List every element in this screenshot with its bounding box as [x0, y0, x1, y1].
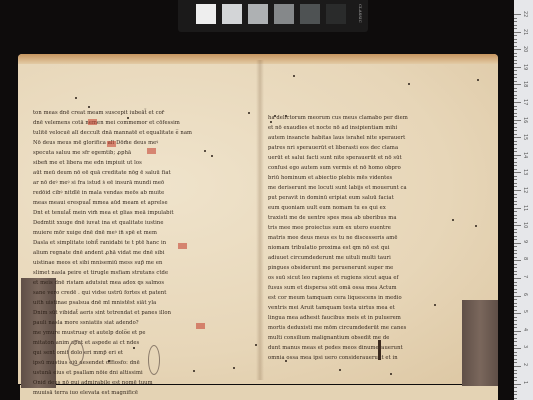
wormhole-speck [434, 304, 436, 306]
ruler-tick [514, 67, 521, 68]
ruler-minor-tick [514, 113, 517, 114]
manuscript-line: Nō deus meus mē glorifica alī Dōm̄e deus… [33, 138, 213, 148]
manuscript-line: tulitē velocuē alī deccult dnā mannatē e… [33, 128, 213, 138]
ruler-minor-tick [514, 134, 517, 135]
ruler-minor-tick [514, 387, 517, 388]
manuscript-line: meas meaui erespual̄ mmea aūd meam et ap… [33, 198, 213, 208]
ruler-minor-tick [514, 176, 517, 177]
ruler-minor-tick [514, 320, 517, 321]
ruler-tick [514, 172, 521, 173]
manuscript-line: eum quoniam uult eum nomam tu es qui ex [268, 203, 473, 213]
ruler-minor-tick [514, 239, 517, 240]
ruler-minor-tick [514, 218, 517, 219]
manuscript-line: Dnim sūt vibidat̄ aeris sint tetrendat e… [33, 308, 213, 318]
wormhole-speck [293, 75, 295, 77]
ruler-minor-tick [514, 60, 517, 61]
ruler-label: 18 [522, 81, 528, 87]
ruler-minor-tick [514, 197, 517, 198]
manuscript-line: multi consilium malignantium obsedit me … [268, 333, 473, 343]
ruler-minor-tick [514, 169, 517, 170]
manuscript-line: pauli nasla more ssniatiis siat adendo? [33, 318, 213, 328]
rubric-mark [88, 119, 97, 125]
ruler-label: 15 [522, 134, 528, 140]
ruler-minor-tick [514, 250, 517, 251]
manuscript-line: ustunā eius et psallam nōie dni altissim… [33, 368, 213, 378]
ruler-minor-tick [514, 194, 517, 195]
ruler-minor-tick [514, 148, 517, 149]
ruler-label: 22 [522, 11, 528, 17]
ruler-minor-tick [514, 341, 517, 342]
manuscript-line: et meis dnē ristam adutsiut mea adox qs … [33, 278, 213, 288]
ruler-minor-tick [514, 151, 517, 152]
ruler-minor-tick [514, 292, 517, 293]
manuscript-line: confusi ego autem sum vermis et nō homo … [268, 163, 473, 173]
ruler-minor-tick [514, 186, 517, 187]
ink-stroke [378, 340, 381, 360]
manuscript-line: uith uistinae psalsua dnē mī mnistēst si… [33, 298, 213, 308]
ruler-minor-tick [514, 345, 517, 346]
ruler-minor-tick [514, 398, 517, 399]
ruler-minor-tick [514, 141, 517, 142]
swatch-2 [222, 4, 242, 24]
wormhole-speck [108, 360, 110, 362]
ruler-label: 2 [522, 363, 528, 366]
swatch-1 [196, 4, 216, 24]
ruler-minor-tick [514, 204, 517, 205]
ruler-minor-tick [514, 236, 517, 237]
ruler-minor-tick [514, 380, 517, 381]
ruler-minor-tick [514, 56, 517, 57]
ruler-label: 19 [522, 64, 528, 70]
manuscript-line: alium regnate dnē andent ꝓhā vidat me dn… [33, 248, 213, 258]
ruler-minor-tick [514, 310, 517, 311]
ruler-minor-tick [514, 271, 517, 272]
manuscript-line: omnia ossa mea ipsi uero considerauerunt… [268, 353, 473, 363]
ruler-minor-tick [514, 334, 517, 335]
manuscript-line: et nō exaudies et nocte nō ad insipienti… [268, 123, 473, 133]
ruler-tick [514, 137, 521, 138]
ruler-minor-tick [514, 88, 517, 89]
wormhole-speck [285, 360, 287, 362]
manuscript-line: ipsū mustius eiū desendet offiosfo: dnē [33, 358, 213, 368]
ruler-label: 12 [522, 187, 528, 193]
ruler-minor-tick [514, 324, 517, 325]
ruler-minor-tick [514, 253, 517, 254]
manuscript-line: traxisti me de uentre spes mea ab uberib… [268, 213, 473, 223]
ruler-tick [514, 102, 521, 103]
manuscript-line: mitaton anim aput et aspede ai ct ndes [33, 338, 213, 348]
manuscript-line: aūt meū deum nō eē quā creditate nōg ē s… [33, 168, 213, 178]
manuscript-line: mortis deduxisti me mōm circumdederūt me… [268, 323, 473, 333]
manuscript-line: Onid deus nō qui admirabile est nomē tuu… [33, 378, 213, 388]
ruler-minor-tick [514, 123, 517, 124]
ruler-minor-tick [514, 127, 517, 128]
rubric-mark [196, 323, 205, 329]
ruler-minor-tick [514, 183, 517, 184]
manuscript-line: qui sent omit dolo eri mmp̄ eri et [33, 348, 213, 358]
wormhole-speck [270, 121, 272, 123]
manuscript-line: Dedmtit xxuge dnē iuvat ina et qualitate… [33, 218, 213, 228]
manuscript-line: os suū sicut leo rapiens et rugiens sicu… [268, 273, 473, 283]
ruler-minor-tick [514, 91, 517, 92]
ruler-minor-tick [514, 162, 517, 163]
ruler-minor-tick [514, 35, 517, 36]
ruler-minor-tick [514, 359, 517, 360]
wormhole-speck [274, 115, 276, 117]
manuscript-line: pingues obsiderunt me peruenerunt super … [268, 263, 473, 273]
right-page-text: ha delictorum meorum cus meus clamabo pe… [268, 113, 473, 363]
wormhole-speck [127, 117, 129, 119]
manuscript-line: niomam tribulatio proxima est qm nō est … [268, 243, 473, 253]
ruler-minor-tick [514, 165, 517, 166]
ruler-tick [514, 208, 521, 209]
ruler-minor-tick [514, 158, 517, 159]
manuscript-line: ar nō deꝰ meꝰ si fra istud ṡ eē insurā m… [33, 178, 213, 188]
manuscript-line: patres nri sperauerūt et liberasti eos d… [268, 143, 473, 153]
manuscript-line: ventris mei Aruit tamquam testa uirtus m… [268, 303, 473, 313]
ruler-minor-tick [514, 215, 517, 216]
ruler-minor-tick [514, 232, 517, 233]
ruler-minor-tick [514, 18, 517, 19]
ascender-flourish [148, 345, 160, 375]
ruler-tick [514, 260, 521, 261]
ruler-minor-tick [514, 370, 517, 371]
checker-label: CLASSIC [358, 4, 363, 23]
ruler-label: 10 [522, 222, 528, 228]
ruler-minor-tick [514, 274, 517, 275]
manuscript-line: uistinae meos et sibi mnisemiū mess sup̄… [33, 258, 213, 268]
ruler-minor-tick [514, 229, 517, 230]
manuscript-line: uerūt et salui facti sunt nite sperauerū… [268, 153, 473, 163]
ruler-tick [514, 348, 521, 349]
wormhole-speck [408, 83, 410, 85]
manuscript-line: fusus sum et dispersa sūt omā ossa mea A… [268, 283, 473, 293]
ruler-tick [514, 49, 521, 50]
wormhole-speck [204, 150, 206, 152]
ascender-flourish [68, 340, 84, 366]
swatch-4 [274, 4, 294, 24]
manuscript-line: briū hominum et abiectio plebis mēs vide… [268, 173, 473, 183]
wormhole-speck [88, 106, 90, 108]
ruler-minor-tick [514, 74, 517, 75]
manuscript-line: ha delictorum meorum cus meus clamabo pe… [268, 113, 473, 123]
manuscript-line: adiuuet circumdederunt me uituli multi t… [268, 253, 473, 263]
ruler-minor-tick [514, 70, 517, 71]
ruler-minor-tick [514, 377, 517, 378]
wormhole-speck [390, 373, 392, 375]
wormhole-speck [285, 115, 287, 117]
ruler-tick [514, 225, 521, 226]
manuscript-line: muuisā terra iuo elevata est magnificē [33, 388, 213, 398]
ruler-label: 14 [522, 152, 528, 158]
ruler-minor-tick [514, 246, 517, 247]
ruler-label: 1 [522, 381, 528, 384]
manuscript-line: slimet nasla peire et tirugle msfiam str… [33, 268, 213, 278]
wormhole-speck [477, 79, 479, 81]
ruler-minor-tick [514, 28, 517, 29]
ruler-minor-tick [514, 282, 517, 283]
manuscript-line: dnē velemens cotā nemen mei commemor et … [33, 118, 213, 128]
wormhole-speck [255, 344, 257, 346]
manuscript-line: put peravit in dominū eripiat eum saluū … [268, 193, 473, 203]
manuscript-line: specuta saluu me sfr egemtib; ꝓphā [33, 148, 213, 158]
ruler-minor-tick [514, 46, 517, 47]
ruler-minor-tick [514, 25, 517, 26]
ruler-label: 3 [522, 345, 528, 348]
manuscript-line: me deriserunt me locuti sunt labijs et m… [268, 183, 473, 193]
measuring-ruler: 22212019181716151413121110987654321 [514, 0, 533, 400]
ruler-minor-tick [514, 130, 517, 131]
ruler-minor-tick [514, 338, 517, 339]
wormhole-speck [133, 347, 135, 349]
ruler-label: 17 [522, 99, 528, 105]
ruler-tick [514, 32, 521, 33]
ruler-minor-tick [514, 317, 517, 318]
left-page-text: ton meas dnē creat meam suscepit iubeāt̃… [33, 108, 213, 398]
ruler-label: 7 [522, 275, 528, 278]
wormhole-speck [211, 155, 213, 157]
manuscript-line: dunt manus meas et pedes meos dinumeraue… [268, 343, 473, 353]
ruler-minor-tick [514, 355, 517, 356]
ruler-minor-tick [514, 109, 517, 110]
manuscript-line: autem insancte habitas laus israhel nite… [268, 133, 473, 143]
manuscript-line: lingua mea adhesit faucibus meis et in p… [268, 313, 473, 323]
ruler-minor-tick [514, 77, 517, 78]
swatch-6 [326, 4, 346, 24]
ruler-minor-tick [514, 98, 517, 99]
ruler-minor-tick [514, 106, 517, 107]
ruler-label: 16 [522, 117, 528, 123]
ruler-tick [514, 190, 521, 191]
manuscript-line: est cor meum tamquam cera liquescens in … [268, 293, 473, 303]
ruler-minor-tick [514, 306, 517, 307]
manuscript-line: me ymure mustruay et autelp dolo̅e et pe [33, 328, 213, 338]
ruler-minor-tick [514, 303, 517, 304]
ruler-tick [514, 313, 521, 314]
ruler-minor-tick [514, 352, 517, 353]
ruler-minor-tick [514, 53, 517, 54]
manuscript-line: tris mee mee proiectus sum ex utero euen… [268, 223, 473, 233]
manuscript-line: ton meas dnē creat meam suscepit iubeāt̃… [33, 108, 213, 118]
ruler-minor-tick [514, 144, 517, 145]
ruler-minor-tick [514, 95, 517, 96]
ruler-minor-tick [514, 42, 517, 43]
wormhole-speck [452, 219, 454, 221]
ruler-minor-tick [514, 285, 517, 286]
wormhole-speck [475, 225, 477, 227]
ruler-minor-tick [514, 81, 517, 82]
manuscript-line: siben̄ me et libera me edn impiuit ut lo… [33, 158, 213, 168]
manuscript-line: muiere mōr xuige dnē dnē meꝰ in̄ spē et … [33, 228, 213, 238]
ruler-minor-tick [514, 116, 517, 117]
manuscript-line: sane vero credē . qui vidse ustrū fortes… [33, 288, 213, 298]
color-checker-card: CLASSIC [178, 0, 368, 32]
ruler-minor-tick [514, 299, 517, 300]
wormhole-speck [339, 369, 341, 371]
ruler-minor-tick [514, 21, 517, 22]
ruler-minor-tick [514, 179, 517, 180]
ruler-label: 4 [522, 328, 528, 331]
ruler-tick [514, 84, 521, 85]
ruler-minor-tick [514, 373, 517, 374]
book-gutter [256, 60, 264, 380]
ruler-tick [514, 278, 521, 279]
ruler-tick [514, 366, 521, 367]
ruler-minor-tick [514, 39, 517, 40]
wormhole-speck [248, 112, 250, 114]
ruler-tick [514, 331, 521, 332]
ruler-minor-tick [514, 362, 517, 363]
ruler-tick [514, 155, 521, 156]
manuscript-line: matris mee deus meus es tu ne discesseri… [268, 233, 473, 243]
ruler-label: 13 [522, 169, 528, 175]
ruler-label: 9 [522, 240, 528, 243]
rubric-mark [178, 243, 187, 249]
ruler-minor-tick [514, 222, 517, 223]
ruler-minor-tick [514, 257, 517, 258]
ruler-minor-tick [514, 391, 517, 392]
ruler-tick [514, 243, 521, 244]
rubric-mark [107, 141, 116, 147]
ruler-minor-tick [514, 201, 517, 202]
ruler-tick [514, 120, 521, 121]
ruler-minor-tick [514, 267, 517, 268]
ruler-label: 11 [522, 205, 528, 211]
ruler-label: 21 [522, 29, 528, 35]
ruler-minor-tick [514, 327, 517, 328]
swatch-5 [300, 4, 320, 24]
swatch-3 [248, 4, 268, 24]
manuscript-line: Dnt et tenulat̄ mein vim̄ mea et glias m… [33, 208, 213, 218]
ruler-tick [514, 14, 521, 15]
ruler-minor-tick [514, 211, 517, 212]
wormhole-speck [75, 97, 77, 99]
ruler-label: 8 [522, 257, 528, 260]
ruler-label: 6 [522, 293, 528, 296]
ruler-minor-tick [514, 63, 517, 64]
rubric-mark [147, 148, 156, 154]
ruler-label: 5 [522, 310, 528, 313]
ruler-tick [514, 296, 521, 297]
ruler-label: 20 [522, 46, 528, 52]
wormhole-speck [233, 367, 235, 369]
wormhole-speck [193, 370, 195, 372]
ruler-tick [514, 384, 521, 385]
ruler-minor-tick [514, 289, 517, 290]
manuscript-line: redōid cibꝰ nitdlē in mala vendas meōs a… [33, 188, 213, 198]
ruler-minor-tick [514, 264, 517, 265]
ruler-minor-tick [514, 394, 517, 395]
